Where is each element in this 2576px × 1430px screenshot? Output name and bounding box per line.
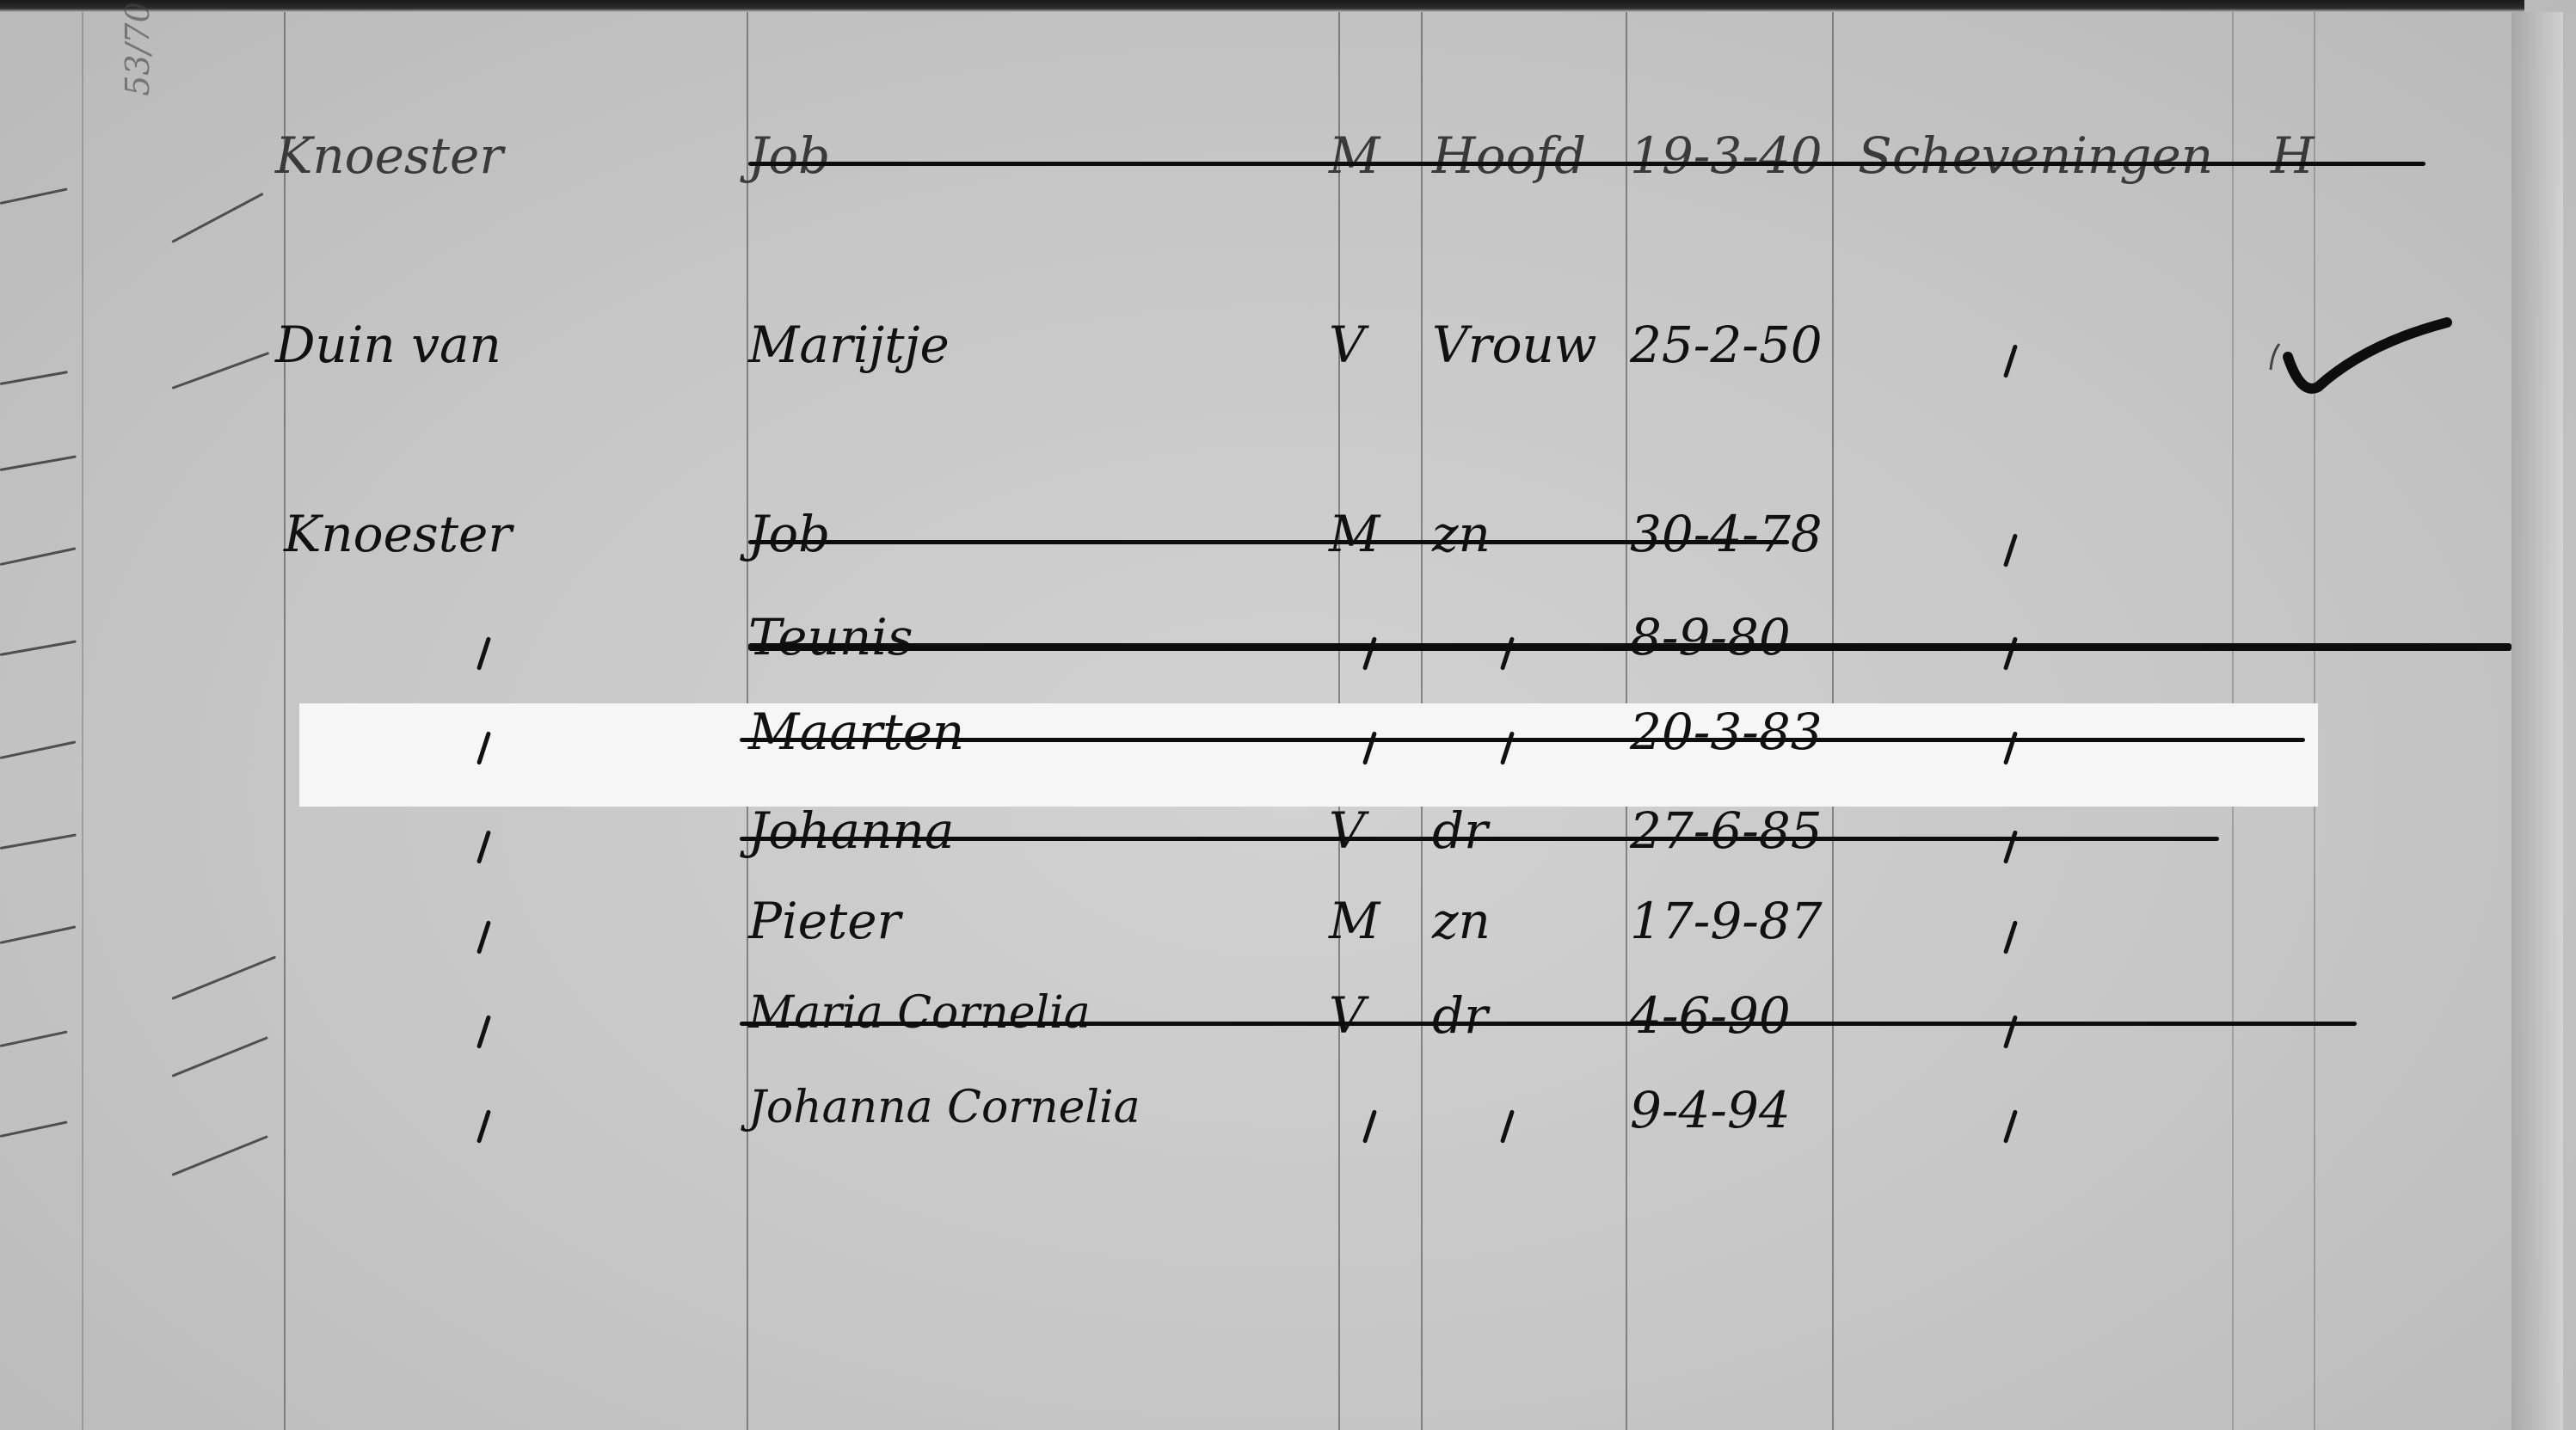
cell-first-name: Job — [748, 509, 830, 559]
margin-tick — [0, 187, 68, 205]
ditto-mark-surname — [476, 920, 491, 954]
cell-birth-date: 30-4-78 — [1630, 509, 1823, 559]
ditto-mark-relation — [1500, 636, 1515, 671]
column-rule — [82, 12, 83, 1430]
margin-tick — [171, 1135, 267, 1176]
cell-first-name: Maarten — [748, 707, 964, 757]
page-mark: 53/70 — [119, 2, 157, 96]
page-edge — [2511, 12, 2563, 1430]
strikethrough-line — [748, 540, 1789, 544]
cell-birthplace: Scheveningen — [1858, 131, 2213, 181]
cell-relation: zn — [1432, 896, 1491, 946]
ditto-mark-surname — [476, 830, 491, 864]
cell-surname: Knoester — [275, 131, 503, 181]
cell-birth-date: 27-6-85 — [1630, 806, 1823, 856]
strikethrough-line — [748, 162, 2425, 166]
margin-tick — [0, 925, 76, 944]
strikethrough-line — [748, 643, 2511, 651]
ditto-mark-sex — [1362, 1109, 1377, 1144]
check-mark-icon — [2253, 310, 2460, 404]
ditto-mark-relation — [1500, 1109, 1515, 1144]
ditto-mark-birthplace — [2003, 920, 2018, 954]
ditto-mark-surname — [476, 1015, 491, 1049]
margin-tick — [0, 1030, 68, 1047]
ditto-mark-birthplace — [2003, 533, 2018, 568]
column-rule — [284, 12, 286, 1430]
cell-surname: Duin van — [275, 320, 501, 370]
ditto-mark-surname — [476, 1109, 491, 1144]
ditto-mark-sex — [1362, 636, 1377, 671]
ditto-mark-birthplace — [2003, 830, 2018, 864]
cell-birth-date: 19-3-40 — [1630, 131, 1823, 181]
ditto-mark-birthplace — [2003, 1109, 2018, 1144]
margin-tick — [0, 833, 77, 850]
cell-first-name: Johanna Cornelia — [748, 1085, 1140, 1130]
cell-relation: Hoofd — [1432, 131, 1586, 181]
ditto-mark-birthplace — [2003, 344, 2018, 378]
margin-tick — [171, 352, 269, 390]
cell-relation: Vrouw — [1432, 320, 1597, 370]
cell-relation: dr — [1432, 991, 1488, 1040]
cell-surname: Knoester — [284, 509, 512, 559]
margin-tick — [171, 193, 263, 243]
margin-tick — [0, 547, 76, 566]
cell-sex: M — [1329, 896, 1380, 946]
margin-tick — [0, 371, 68, 385]
cell-relation: dr — [1432, 806, 1488, 856]
cell-birth-date: 25-2-50 — [1630, 320, 1823, 370]
cell-sex: M — [1329, 509, 1380, 559]
ditto-mark-birthplace — [2003, 636, 2018, 671]
cell-birth-date: 9-4-94 — [1630, 1085, 1791, 1135]
margin-tick — [0, 455, 77, 471]
margin-tick — [0, 740, 76, 759]
cell-sex: M — [1329, 131, 1380, 181]
cell-sex: V — [1329, 320, 1365, 370]
cell-first-name: Maria Cornelia — [748, 991, 1091, 1035]
cell-first-name: Job — [748, 131, 830, 181]
binding-edge — [0, 0, 2524, 12]
cell-first-name: Teunis — [748, 612, 913, 662]
strikethrough-line — [740, 1022, 2357, 1026]
cell-birth-date: 17-9-87 — [1630, 896, 1823, 946]
ditto-mark-birthplace — [2003, 1015, 2018, 1049]
ditto-mark-surname — [476, 636, 491, 671]
cell-sex: V — [1329, 991, 1365, 1040]
cell-mark: H — [2271, 131, 2315, 181]
cell-first-name: Pieter — [748, 896, 901, 946]
margin-tick — [0, 1120, 68, 1138]
cell-first-name: Marijtje — [748, 320, 950, 370]
row-highlight — [299, 703, 2318, 807]
cell-birth-date: 20-3-83 — [1630, 707, 1823, 757]
strikethrough-line — [740, 738, 2305, 742]
strikethrough-line — [740, 837, 2219, 841]
cell-first-name: Johanna — [748, 806, 954, 856]
register-page: 53/70 KnoesterJobMHoofd19-3-40Schevening… — [0, 0, 2576, 1430]
margin-tick — [171, 1036, 267, 1077]
cell-birth-date: 8-9-80 — [1630, 612, 1791, 662]
cell-birth-date: 4-6-90 — [1630, 991, 1791, 1040]
margin-tick — [171, 955, 276, 999]
cell-sex: V — [1329, 806, 1365, 856]
cell-relation: zn — [1432, 509, 1491, 559]
margin-tick — [0, 640, 77, 656]
